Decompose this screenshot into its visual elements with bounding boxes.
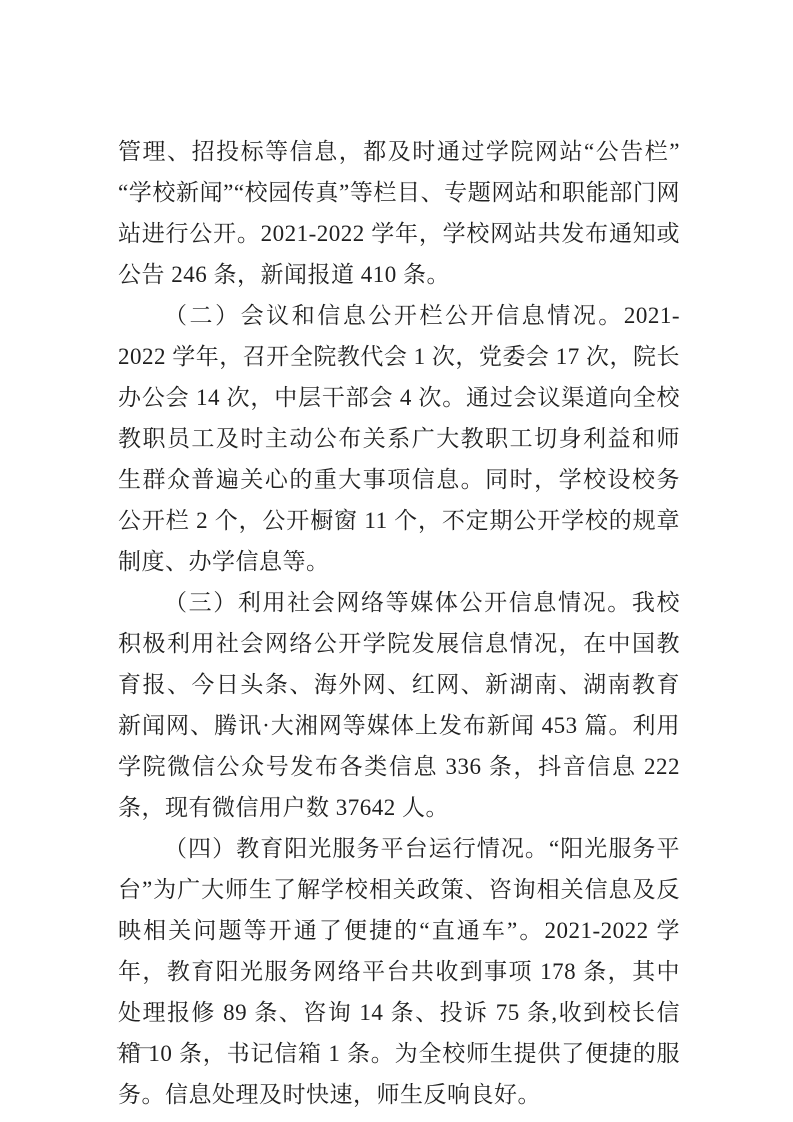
document-body-text: 管理、招投标等信息，都及时通过学院网站“公告栏”“学校新闻”“校园传真”等栏目、… (118, 131, 680, 1115)
paragraph-section-4: （四）教育阳光服务平台运行情况。“阳光服务平台”为广大师生了解学校相关政策、咨询… (118, 828, 680, 1115)
document-page: 管理、招投标等信息，都及时通过学院网站“公告栏”“学校新闻”“校园传真”等栏目、… (0, 0, 793, 1122)
page-number: —3— (117, 1038, 152, 1058)
paragraph-continuation: 管理、招投标等信息，都及时通过学院网站“公告栏”“学校新闻”“校园传真”等栏目、… (118, 131, 680, 295)
paragraph-section-2: （二）会议和信息公开栏公开信息情况。2021-2022 学年，召开全院教代会 1… (118, 295, 680, 582)
paragraph-section-3: （三）利用社会网络等媒体公开信息情况。我校积极利用社会网络公开学院发展信息情况，… (118, 582, 680, 828)
